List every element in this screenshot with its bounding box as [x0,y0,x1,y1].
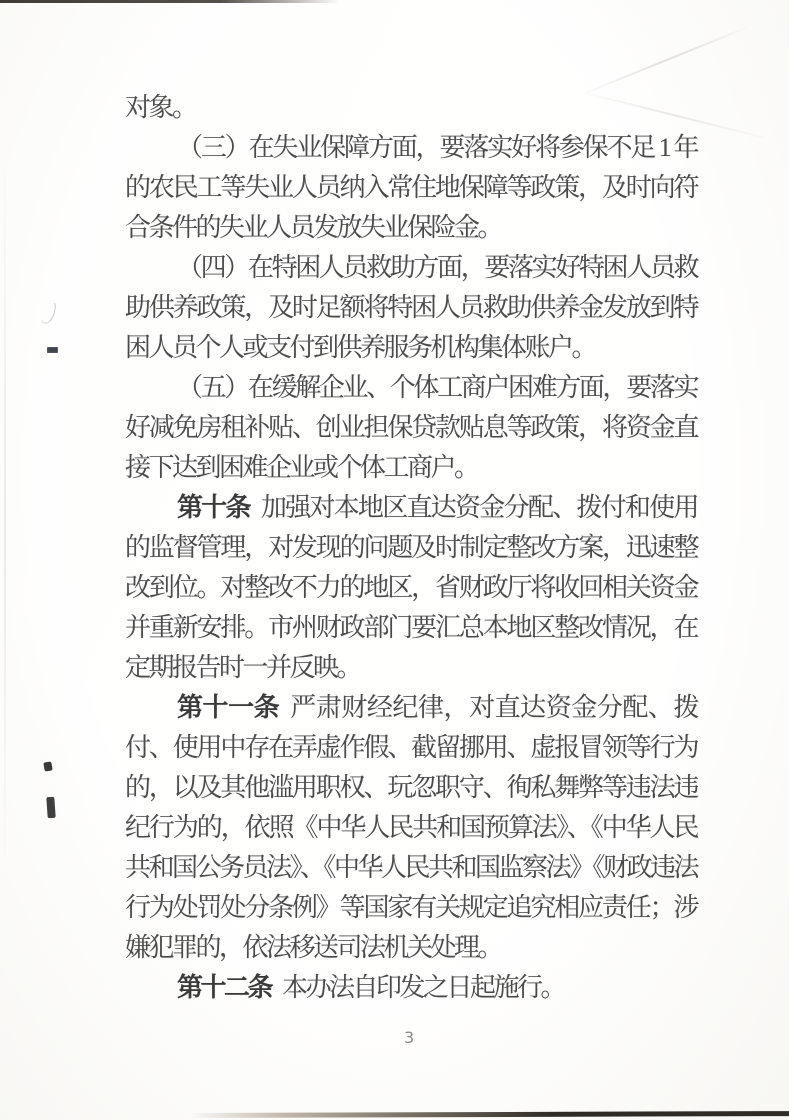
paragraph: （四）在特困人员救助方面，要落实好特困人员救助供养政策，及时足额将特困人员救助供… [125,248,697,368]
scan-edge-left [4,160,6,880]
margin-ink-squiggle [39,298,58,325]
article-number: 第十二条 [177,973,271,1002]
scan-edge-bottom [190,1111,789,1118]
article-number: 第十一条 [177,693,279,722]
paragraph: （五）在缓解企业、个体工商户困难方面，要落实好减免房租补贴、创业担保贷款贴息等政… [125,368,697,488]
margin-ink-dot [43,761,52,771]
document-body: 对象。（三）在失业保障方面，要落实好将参保不足 1 年的农民工等失业人员纳入常住… [125,88,697,1008]
paragraph: 第十一条严肃财经纪律，对直达资金分配、拨付、使用中存在弄虚作假、截留挪用、虚报冒… [125,688,697,968]
scanned-document-page: 对象。（三）在失业保障方面，要落实好将参保不足 1 年的农民工等失业人员纳入常住… [0,0,789,1120]
paragraph: 对象。 [125,88,697,128]
scan-edge-top [0,0,340,3]
paper-crease [585,26,749,94]
margin-ink-vertical-dash [46,797,55,819]
page-number: 3 [404,1028,414,1047]
paragraph: 第十条加强对本地区直达资金分配、拨付和使用的监督管理，对发现的问题及时制定整改方… [125,488,697,688]
paragraph: （三）在失业保障方面，要落实好将参保不足 1 年的农民工等失业人员纳入常住地保障… [125,128,697,248]
article-number: 第十条 [177,493,250,522]
paragraph: 第十二条本办法自印发之日起施行。 [125,968,697,1008]
margin-ink-dash [47,347,58,353]
